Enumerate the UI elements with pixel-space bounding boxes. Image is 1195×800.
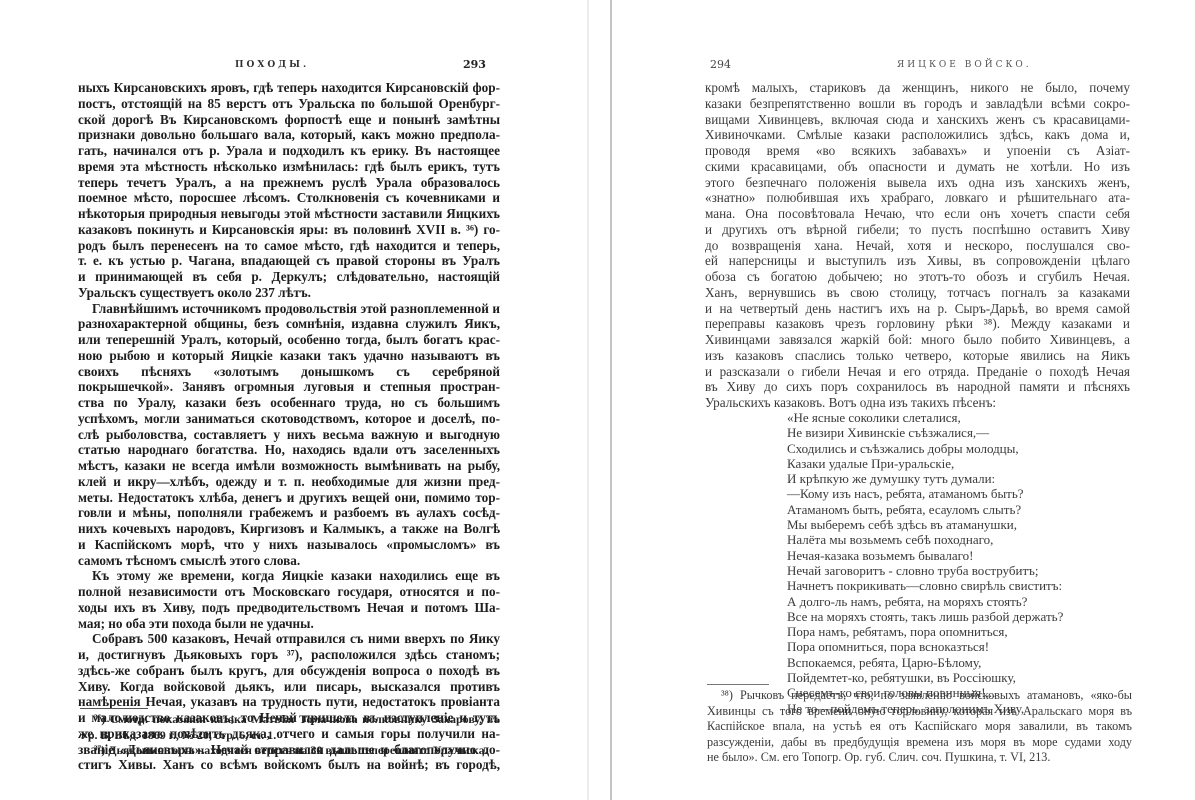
footnote-line: ³⁶) Смотр. показанія казака Матвѣя Томач… [80, 712, 500, 728]
text-line: ства по Уралу, казаки безъ особеннаго тр… [78, 395, 500, 411]
text-line: здѣсь-же собранъ былъ кругъ, для обсужде… [78, 663, 500, 679]
footnote-divider [707, 684, 769, 685]
text-line: проводя время «во всякихъ забавахъ» и уп… [705, 143, 1130, 159]
text-line: нихъ кочевыхъ народовъ, Киргизовъ и Калм… [78, 521, 500, 537]
text-line: Ханъ, вернувшись въ свою столицу, тотчас… [705, 285, 1130, 301]
footnotes: ³⁶) Смотр. показанія казака Матвѣя Томач… [80, 712, 500, 759]
verse-line: «Не ясные соколики слеталися, [787, 410, 1063, 425]
text-line: постъ, отстоящій на 85 верстъ отъ Уральс… [78, 96, 500, 112]
text-line: казаковъ покинуть и Кирсановскія яры: въ… [78, 222, 500, 238]
verse-line: Сходились и съѣзжались добры молодцы, [787, 441, 1063, 456]
verse-line: Начнетъ покрикивать—словно свирѣль свист… [787, 578, 1063, 593]
text-line: до возвращенія хана. Нечай, хотя и неско… [705, 238, 1130, 254]
text-line: ходы ихъ въ Хиву, подъ предводительством… [78, 600, 500, 616]
footnote-line: не было». См. его Топогр. Ор. губ. Слич.… [707, 750, 1132, 766]
left-page: ПОХОДЫ. 293 ныхъ Кирсановскихъ яровъ, гд… [0, 0, 588, 800]
text-line: Уральскихъ казаковъ. Вотъ одна изъ таких… [705, 395, 1130, 411]
text-line: родъ былъ перенесенъ на то самое мѣсто, … [78, 238, 500, 254]
text-line: клей и икру—хлѣбъ, одежду и т. п. необхо… [78, 474, 500, 490]
text-line: статью народнаго богатства. Но, находясь… [78, 442, 500, 458]
text-line: нѣкоторыя природныя невыгоды этой мѣстно… [78, 206, 500, 222]
text-line: переправы казаковъ чрезъ горловину рѣки … [705, 316, 1130, 332]
text-line: поемное мѣсто, поросшее лѣсомъ. Столкнов… [78, 190, 500, 206]
footnote-line: ³⁸) Рычковъ передаетъ, что, по заявленію… [707, 688, 1132, 704]
verse-line: А долго-ль намъ, ребята, на моряхъ стоят… [787, 594, 1063, 609]
text-line: и разсказали о гибели Нечая и его отряда… [705, 364, 1130, 380]
verse-line: Вспокаемся, ребята, Царю-Бѣлому, [787, 655, 1063, 670]
verse-line: Пора опомниться, пора всноказться! [787, 639, 1063, 654]
verse-line: Налёта мы возьмемъ себѣ походнаго, [787, 532, 1063, 547]
text-line: Хивиночками. Смѣлые казаки расположились… [705, 127, 1130, 143]
text-line: и Каспійскомъ морѣ, что у нихъ называлос… [78, 537, 500, 553]
text-line: ныхъ Кирсановскихъ яровъ, гдѣ теперь нах… [78, 80, 500, 96]
verse-line: Мы выберемъ себѣ здѣсь въ атаманушки, [787, 517, 1063, 532]
text-line: Уральскъ существуетъ около 237 лѣтъ. [78, 285, 500, 301]
text-line: и, достигнувъ Дьяковыхъ горъ ³⁷), распол… [78, 647, 500, 663]
footnote-line: ³⁷) Дьяковыя горы находятся верстъ на 30… [80, 743, 500, 759]
text-line: или теперешній Уралъ, который, особенно … [78, 332, 500, 348]
body-text: кромѣ малыхъ, стариковъ да женщинъ, нико… [705, 80, 1130, 411]
text-line: ей наперсницы и выступилъ изъ Хивы, въ с… [705, 253, 1130, 269]
running-head: ЯИЦКОЕ ВОЙСКО. [897, 60, 1032, 70]
text-line: кромѣ малыхъ, стариковъ да женщинъ, нико… [705, 80, 1130, 96]
text-line: мѣстъ, казаки не всегда имѣли возможност… [78, 458, 500, 474]
body-text: ныхъ Кирсановскихъ яровъ, гдѣ теперь нах… [78, 80, 500, 773]
text-line: мая; но оба эти похода были не удачны. [78, 616, 500, 632]
verse-line: Нечая-казака возьмемъ бывалаго! [787, 548, 1063, 563]
verse-line: Пора намъ, ребятамъ, пора опомниться, [787, 624, 1063, 639]
text-line: стигъ Хивы. Ханъ со всѣмъ войскомъ былъ … [78, 757, 500, 773]
text-line: «знатно» полюбившая ихъ храбраго, ловкаг… [705, 190, 1130, 206]
verse-line: Атаманомъ быть, ребята, есауломъ слыть? [787, 502, 1063, 517]
footnote-line: Каспійское впала, на устьѣ ея отъ Каспій… [707, 719, 1132, 735]
footnote-divider [80, 708, 148, 709]
text-line: т. е. къ устью р. Чагана, впадающей съ п… [78, 253, 500, 269]
text-line: теперь течетъ Уралъ, а на прежнемъ руслѣ… [78, 175, 500, 191]
text-line: признаки довольно большаго вала, который… [78, 127, 500, 143]
page-number: 294 [710, 58, 731, 71]
text-line: меты. Недостатокъ хлѣба, денегъ и других… [78, 490, 500, 506]
text-line: и на четвертый день настигъ ихъ на р. Сы… [705, 301, 1130, 317]
verse-line: Не визири Хивинскіе съѣзжалися,— [787, 425, 1063, 440]
text-line: вищами Хивинцевъ, включая сюда и ханских… [705, 112, 1130, 128]
verse-line: И крѣпкую же думушку тутъ думали: [787, 471, 1063, 486]
text-line: Хивинцами завязался жаркій бой: много бы… [705, 332, 1130, 348]
footnote-line: Хивинцы съ того времени оную горловину, … [707, 704, 1132, 720]
text-line: обоза съ богатою добычею; но этотъ-то об… [705, 269, 1130, 285]
page-number: 293 [463, 58, 486, 71]
song-verse: «Не ясные соколики слеталися,Не визири Х… [787, 410, 1063, 716]
text-line: своихъ пѣсняхъ «золотымъ донышкомъ съ се… [78, 364, 500, 380]
text-line: этого безпечнаго положенія вывела ихъ од… [705, 175, 1130, 191]
spine-gap [589, 0, 611, 800]
running-head: ПОХОДЫ. [235, 60, 309, 70]
text-line: Къ этому же времени, когда Яицкіе казаки… [78, 568, 500, 584]
footnote-line: Ур. В. Вѣд. 1869 г., № 20, стр. 6, ст. 1… [80, 728, 500, 744]
verse-line: Нечай заговоритъ - словно труба воструби… [787, 563, 1063, 578]
text-line: слѣ рыболовства, составляетъ у нихъ весь… [78, 427, 500, 443]
book-spread: ПОХОДЫ. 293 ныхъ Кирсановскихъ яровъ, гд… [0, 0, 1195, 800]
text-line: ской дорогѣ Въ Кирсановскомъ форпостѣ ещ… [78, 112, 500, 128]
text-line: время эта мѣстность нѣсколько измѣнилась… [78, 159, 500, 175]
text-line: гать, начинался отъ р. Урала и подходилъ… [78, 143, 500, 159]
text-line: и принимающей въ себя р. Деркулъ; слѣдов… [78, 269, 500, 285]
text-line: Хиву. Когда войсковой дьякъ, или писарь,… [78, 679, 500, 695]
text-line: и другихъ отъ вѣрной гибели; то пусть по… [705, 222, 1130, 238]
text-line: Собравъ 500 казаковъ, Нечай отправился с… [78, 631, 500, 647]
text-line: мана. Она посовѣтовала Нечаю, что если о… [705, 206, 1130, 222]
text-line: разнохарактерной общины, безъ сомнѣнія, … [78, 316, 500, 332]
verse-line: Пойдемтет-ко, ребятушки, въ Россіюшку, [787, 670, 1063, 685]
text-line: покрышечкой». Занявъ огромныя луговыя и … [78, 379, 500, 395]
text-line: успѣхомъ, могли заниматься скотоводством… [78, 411, 500, 427]
text-line: полной независимости отъ Московскаго гос… [78, 584, 500, 600]
text-line: скими красавицами, объ опасности и думат… [705, 159, 1130, 175]
verse-line: Казаки удалые При-уральскіе, [787, 456, 1063, 471]
text-line: самомъ тѣсномъ смыслѣ этого слова. [78, 553, 500, 569]
text-line: ною рыбою и который Яицкіе казаки такъ у… [78, 348, 500, 364]
text-line: Главнѣйшимъ источникомъ продовольствія э… [78, 301, 500, 317]
text-line: изъ казаковъ спаслись только четверо, ко… [705, 348, 1130, 364]
text-line: въ Хиву до сихъ поръ сохранилось въ наро… [705, 379, 1130, 395]
text-line: казаки безпрепятственно вошли въ городъ … [705, 96, 1130, 112]
text-line: говли и мѣны, пополняли грабежемъ и разб… [78, 505, 500, 521]
verse-line: —Кому изъ насъ, ребята, атаманомъ быть? [787, 486, 1063, 501]
footnotes: ³⁸) Рычковъ передаетъ, что, по заявленію… [707, 688, 1132, 766]
right-page: 294 ЯИЦКОЕ ВОЙСКО. кромѣ малыхъ, старико… [612, 0, 1195, 800]
verse-line: Все на моряхъ стоять, такъ лишь разбой д… [787, 609, 1063, 624]
footnote-line: разсужденіи, дабы въ предбудущія времена… [707, 735, 1132, 751]
